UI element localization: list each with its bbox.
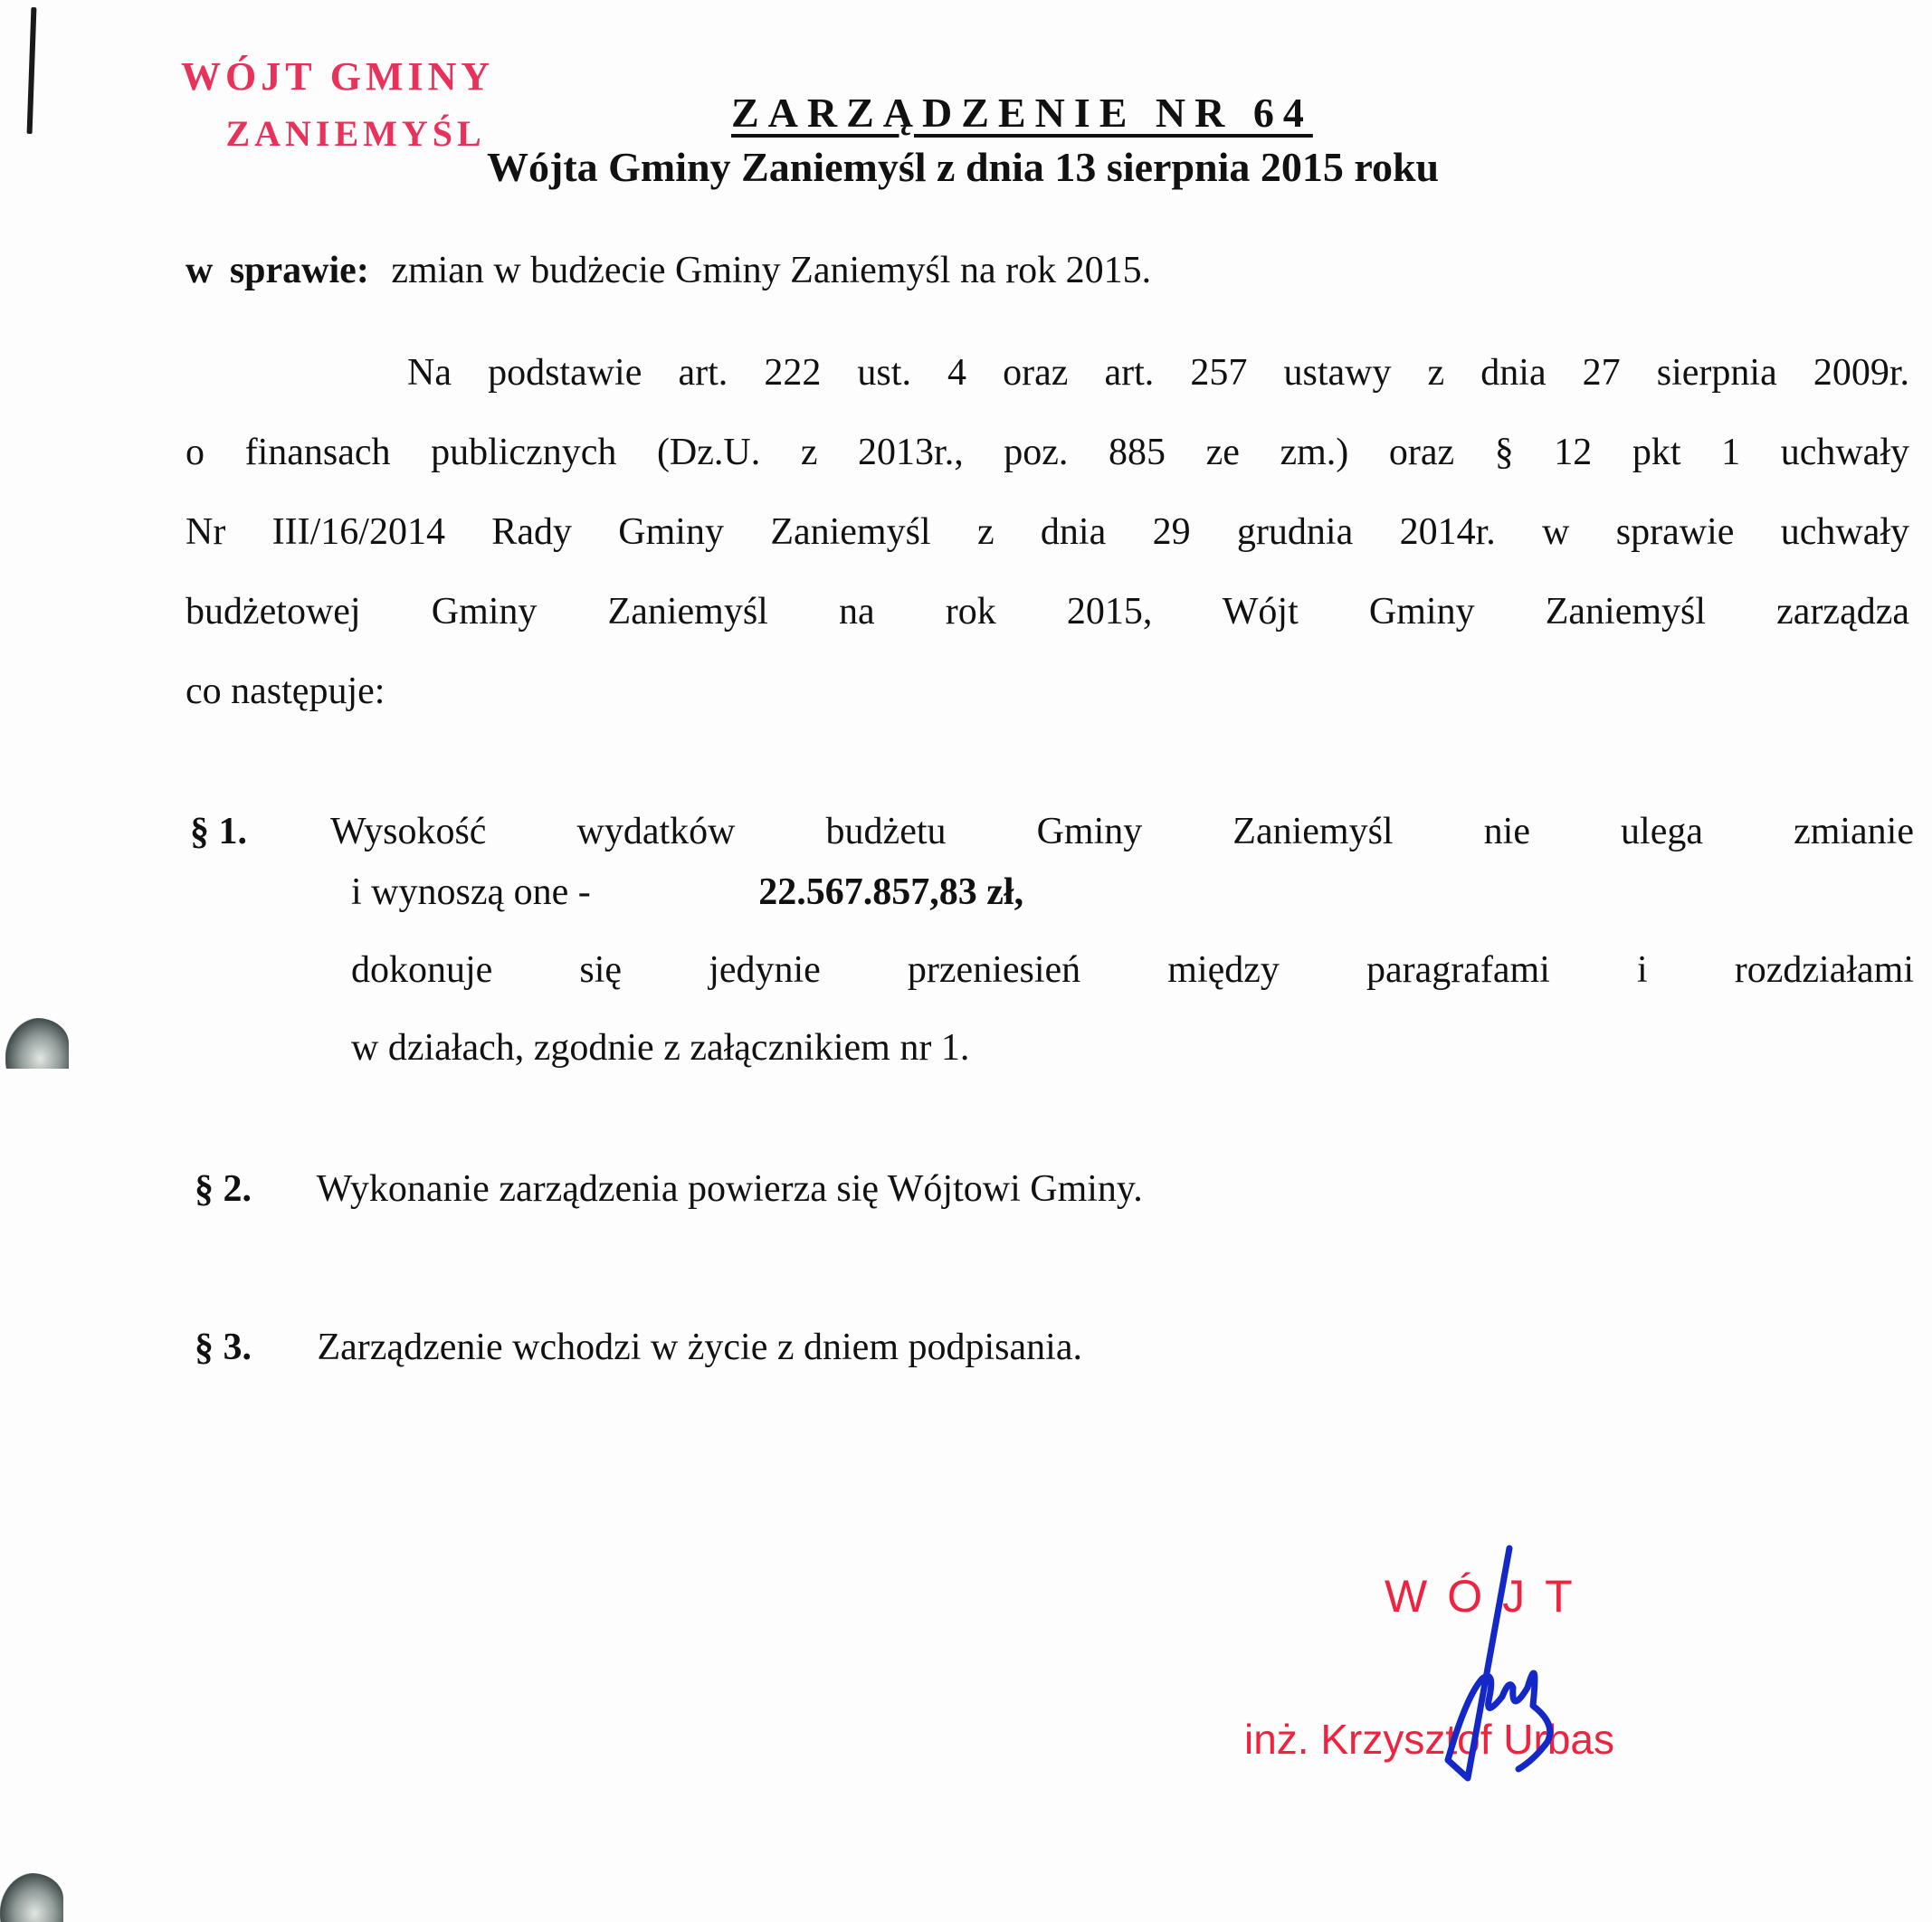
office-stamp-line2: ZANIEMYŚL [217,107,494,161]
preamble-line: Na podstawie art. 222 ust. 4 oraz art. 2… [186,333,1909,413]
punch-hole-mark [0,1873,63,1922]
office-stamp: WÓJT GMINY ZANIEMYŚL [181,47,494,161]
subject-line: w sprawie: zmian w budżecie Gminy Zaniem… [186,249,1151,292]
preamble-line: co następuje: [186,652,1909,731]
section-1: § 1. Wysokość wydatków budżetu Gminy Zan… [190,810,1914,1087]
section-number: § 3. [195,1326,308,1369]
section-text: Zarządzenie wchodzi w życie z dniem podp… [318,1327,1082,1368]
subject-label: w sprawie: [186,250,369,291]
document-title: ZARZĄDZENIE NR 64 [731,89,1313,137]
preamble-line: o finansach publicznych (Dz.U. z 2013r.,… [186,413,1909,492]
preamble-line: Nr III/16/2014 Rady Gminy Zaniemyśl z dn… [186,492,1909,572]
section-text: i wynoszą one - [351,871,591,913]
section-text: dokonuje się jedynie przeniesień między … [351,931,1914,1009]
preamble: Na podstawie art. 222 ust. 4 oraz art. 2… [186,333,1909,731]
staple-mark [27,7,37,134]
document-subtitle: Wójta Gminy Zaniemyśl z dnia 13 sierpnia… [487,143,1439,191]
section-number: § 2. [195,1167,308,1211]
punch-hole-mark [5,1018,69,1069]
section-text: Wykonanie zarządzenia powierza się Wójto… [317,1168,1143,1210]
section-text: Wysokość wydatków budżetu Gminy Zaniemyś… [330,810,1914,853]
handwritten-signature [1412,1543,1593,1787]
section-number: § 1. [190,810,330,853]
section-3: § 3. Zarządzenie wchodzi w życie z dniem… [195,1326,1082,1369]
section-text: w działach, zgodnie z załącznikiem nr 1. [351,1009,1914,1087]
subject-text: zmian w budżecie Gminy Zaniemyśl na rok … [391,250,1151,291]
preamble-line: budżetowej Gminy Zaniemyśl na rok 2015, … [186,572,1909,652]
section-2: § 2. Wykonanie zarządzenia powierza się … [195,1167,1143,1211]
office-stamp-line1: WÓJT GMINY [181,47,494,107]
budget-amount: 22.567.857,83 zł, [758,871,1023,913]
